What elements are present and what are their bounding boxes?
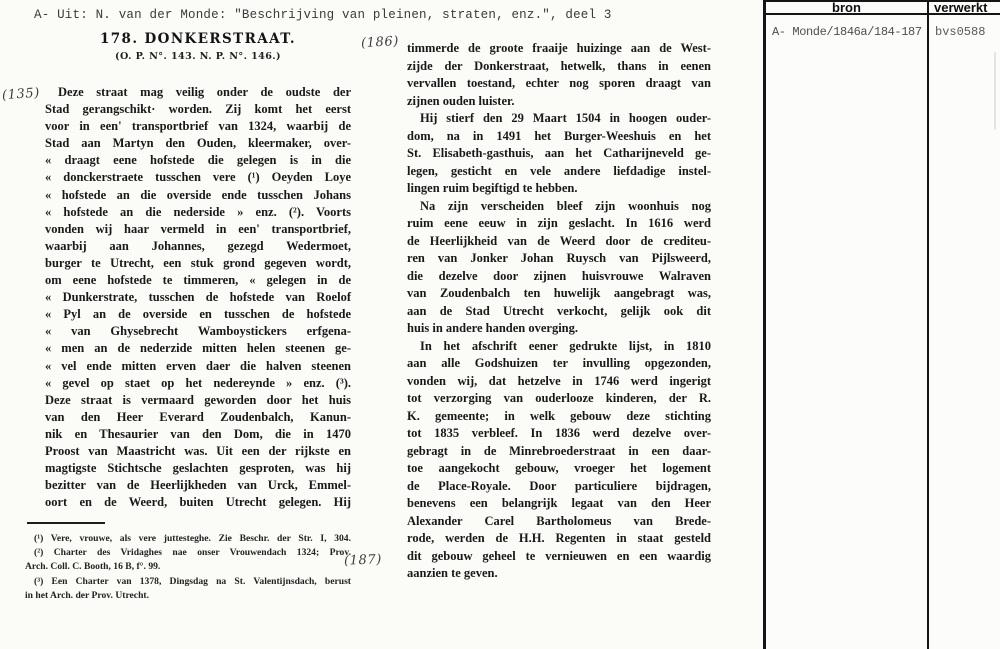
right-text-column: timmerde de groote fraaije huizinge aan … (407, 40, 711, 583)
book-text-line: « van Ghysebrecht Wamboystickers erfgena… (45, 323, 351, 340)
verwerkt-cell: bvs0588 (935, 25, 985, 39)
book-text-line: ruim eene eeuw in zijn geslacht. In 1616… (407, 215, 711, 233)
book-text-line: vonden wij, dat hetzelve in 1746 werd in… (407, 373, 711, 391)
book-text-line: lingen ruim begiftigd te hebben. (407, 180, 711, 198)
book-text-line: « men an de nederzide mitten helen steen… (45, 340, 351, 357)
book-text-line: legen, gesticht en vele andere liefdadig… (407, 163, 711, 181)
book-text-line: van Zoudenbalch ten huwelijk aangebragt … (407, 285, 711, 303)
book-text-line: « Pyl an de overside en tusschen de hofs… (45, 306, 351, 323)
book-text-line: van den Heer Everard Zoudenbalch, Kanun- (45, 409, 351, 426)
book-text-line: benevens een belangrijk legaat van den H… (407, 495, 711, 513)
book-text-line: Na zijn verscheiden bleef zijn woonhuis … (407, 198, 711, 216)
book-text-line: in het Arch. der Prov. Utrecht. (25, 589, 351, 603)
book-text-line: om eene hofstede te timmeren, « gelegen … (45, 272, 351, 289)
book-text-line: In het afschrift eener gedrukte lijst, i… (407, 338, 711, 356)
book-text-line: « draagt eene hofstede die gelegen is in… (45, 152, 351, 169)
book-text-line: de Heerlijkheid van de Weerd door de cre… (407, 233, 711, 251)
book-text-line: dit gebouw geheel te vernieuwen en een w… (407, 548, 711, 566)
book-text-line: tot 1835 verbleef. In 1836 werd dezelve … (407, 425, 711, 443)
book-text-line: waarbij aan Johannes, gezegd Wedermoet, (45, 238, 351, 255)
book-text-line: Stad aan Martyn den Ouden, kleermaker, o… (45, 135, 351, 152)
book-text-line: zijnen ouden luister. (407, 93, 711, 111)
book-text-line: Alexander Carel Bartholomeus van Brede- (407, 513, 711, 531)
book-text-line: burger te Utrecht, een stuk grond gegeve… (45, 255, 351, 272)
book-text-line: toe aangekocht gebouw, vroeger het logem… (407, 460, 711, 478)
paper-edge-artifact (994, 52, 996, 130)
book-text-line: gebragt in de Minrebroederstraat in een … (407, 443, 711, 461)
book-text-line: ren van Jonker Johan Ruysch van Pijlswee… (407, 250, 711, 268)
book-text-line: huis in andere handen overging. (407, 320, 711, 338)
left-text-column: Deze straat mag veilig onder de oudste d… (45, 84, 351, 511)
source-citation-line: A- Uit: N. van der Monde: "Beschrijving … (34, 8, 612, 22)
book-text-line: Deze straat is vermaard geworden door he… (45, 392, 351, 409)
book-text-line: vonden wij haar vermeld in een' transpor… (45, 221, 351, 238)
book-text-line: dom, na in 1491 het Burger-Weeshuis en h… (407, 128, 711, 146)
book-text-line: (³) Een Charter van 1378, Dingsdag na St… (25, 575, 351, 589)
book-text-line: die dezelve door zijnen huisvrouwe Walra… (407, 268, 711, 286)
book-text-line: aan de Stad Utrecht verkocht, gelijk ook… (407, 303, 711, 321)
book-text-line: « gevel op staet op het nedereynde » enz… (45, 375, 351, 392)
book-text-line: « vel ende mitten erven daer die halven … (45, 358, 351, 375)
article-title: 178. DONKERSTRAAT. (45, 31, 351, 47)
book-text-line: magtigste Stichtsche geslachten gesprote… (45, 460, 351, 477)
book-text-line: timmerde de groote fraaije huizinge aan … (407, 40, 711, 58)
book-text-line: tot verzorging van ouderlooze kinderen, … (407, 390, 711, 408)
footnotes-block: (¹) Vere, vrouwe, als vere juttesteghe. … (25, 532, 351, 603)
book-text-line: « donckerstraete tusschen vere (¹) Oeyde… (45, 169, 351, 186)
book-text-line: Arch. Coll. C. Booth, 16 B, f°. 99. (25, 560, 351, 574)
book-text-line: aanzien te geven. (407, 565, 711, 583)
bron-cell: A- Monde/1846a/184-187 (772, 25, 922, 39)
book-text-line: (²) Charter des Vridaghes nae onser Vrou… (25, 546, 351, 560)
handwritten-margin-note-135: (135) (2, 86, 41, 104)
bron-verwerkt-panel: bron verwerkt A- Monde/1846a/184-187bvs0… (763, 0, 1000, 649)
book-text-line: Proost van Maastricht was. Uit een der r… (45, 443, 351, 460)
footnote-separator-rule (27, 522, 105, 524)
header-underline (766, 13, 1000, 15)
book-text-line: St. Elisabeth-gasthuis, aan het Catharij… (407, 145, 711, 163)
book-text-line: K. gemeente; in welk gebouw deze stichti… (407, 408, 711, 426)
book-text-line: voor in een' transportbrief van 1324, wa… (45, 118, 351, 135)
book-text-line: « hofstede an die nederside » enz. (²). … (45, 204, 351, 221)
book-text-line: (¹) Vere, vrouwe, als vere juttesteghe. … (25, 532, 351, 546)
book-text-line: Deze straat mag veilig onder de oudste d… (45, 84, 351, 101)
book-text-line: bezitter van de Heerlijkheden van Urck, … (45, 477, 351, 494)
book-text-line: « hofstede an die overside ende tusschen… (45, 187, 351, 204)
handwritten-margin-note-186: (186) (361, 34, 400, 51)
book-text-line: aan alle Godshuizen ter invulling opgezo… (407, 355, 711, 373)
scanned-document: A- Uit: N. van der Monde: "Beschrijving … (0, 0, 763, 649)
article-subtitle: (O. P. N°. 143. N. P. N°. 146.) (45, 51, 351, 62)
book-text-line: zijde der Donkerstraat, hetwelk, thans i… (407, 58, 711, 76)
book-text-line: « Dunkerstrate, tusschen de hofstede van… (45, 289, 351, 306)
column-divider-line (927, 0, 929, 649)
book-text-line: Hij stierf den 29 Maart 1504 in hoogen o… (407, 110, 711, 128)
book-text-line: de Place-Royale. Door particuliere bijdr… (407, 478, 711, 496)
table-row[interactable]: A- Monde/1846a/184-187bvs0588 (766, 25, 1000, 41)
book-text-line: Stad gerangschikt· worden. Zij komt het … (45, 101, 351, 118)
book-text-line: nik en Thesaurier van den Dom, die in 14… (45, 426, 351, 443)
book-text-line: vervallen toestand, echter nog sporen dr… (407, 75, 711, 93)
book-text-line: oort en de Weerd, buiten Utrecht gelegen… (45, 494, 351, 511)
book-text-line: rode, werden de H.H. Regenten in staat g… (407, 530, 711, 548)
